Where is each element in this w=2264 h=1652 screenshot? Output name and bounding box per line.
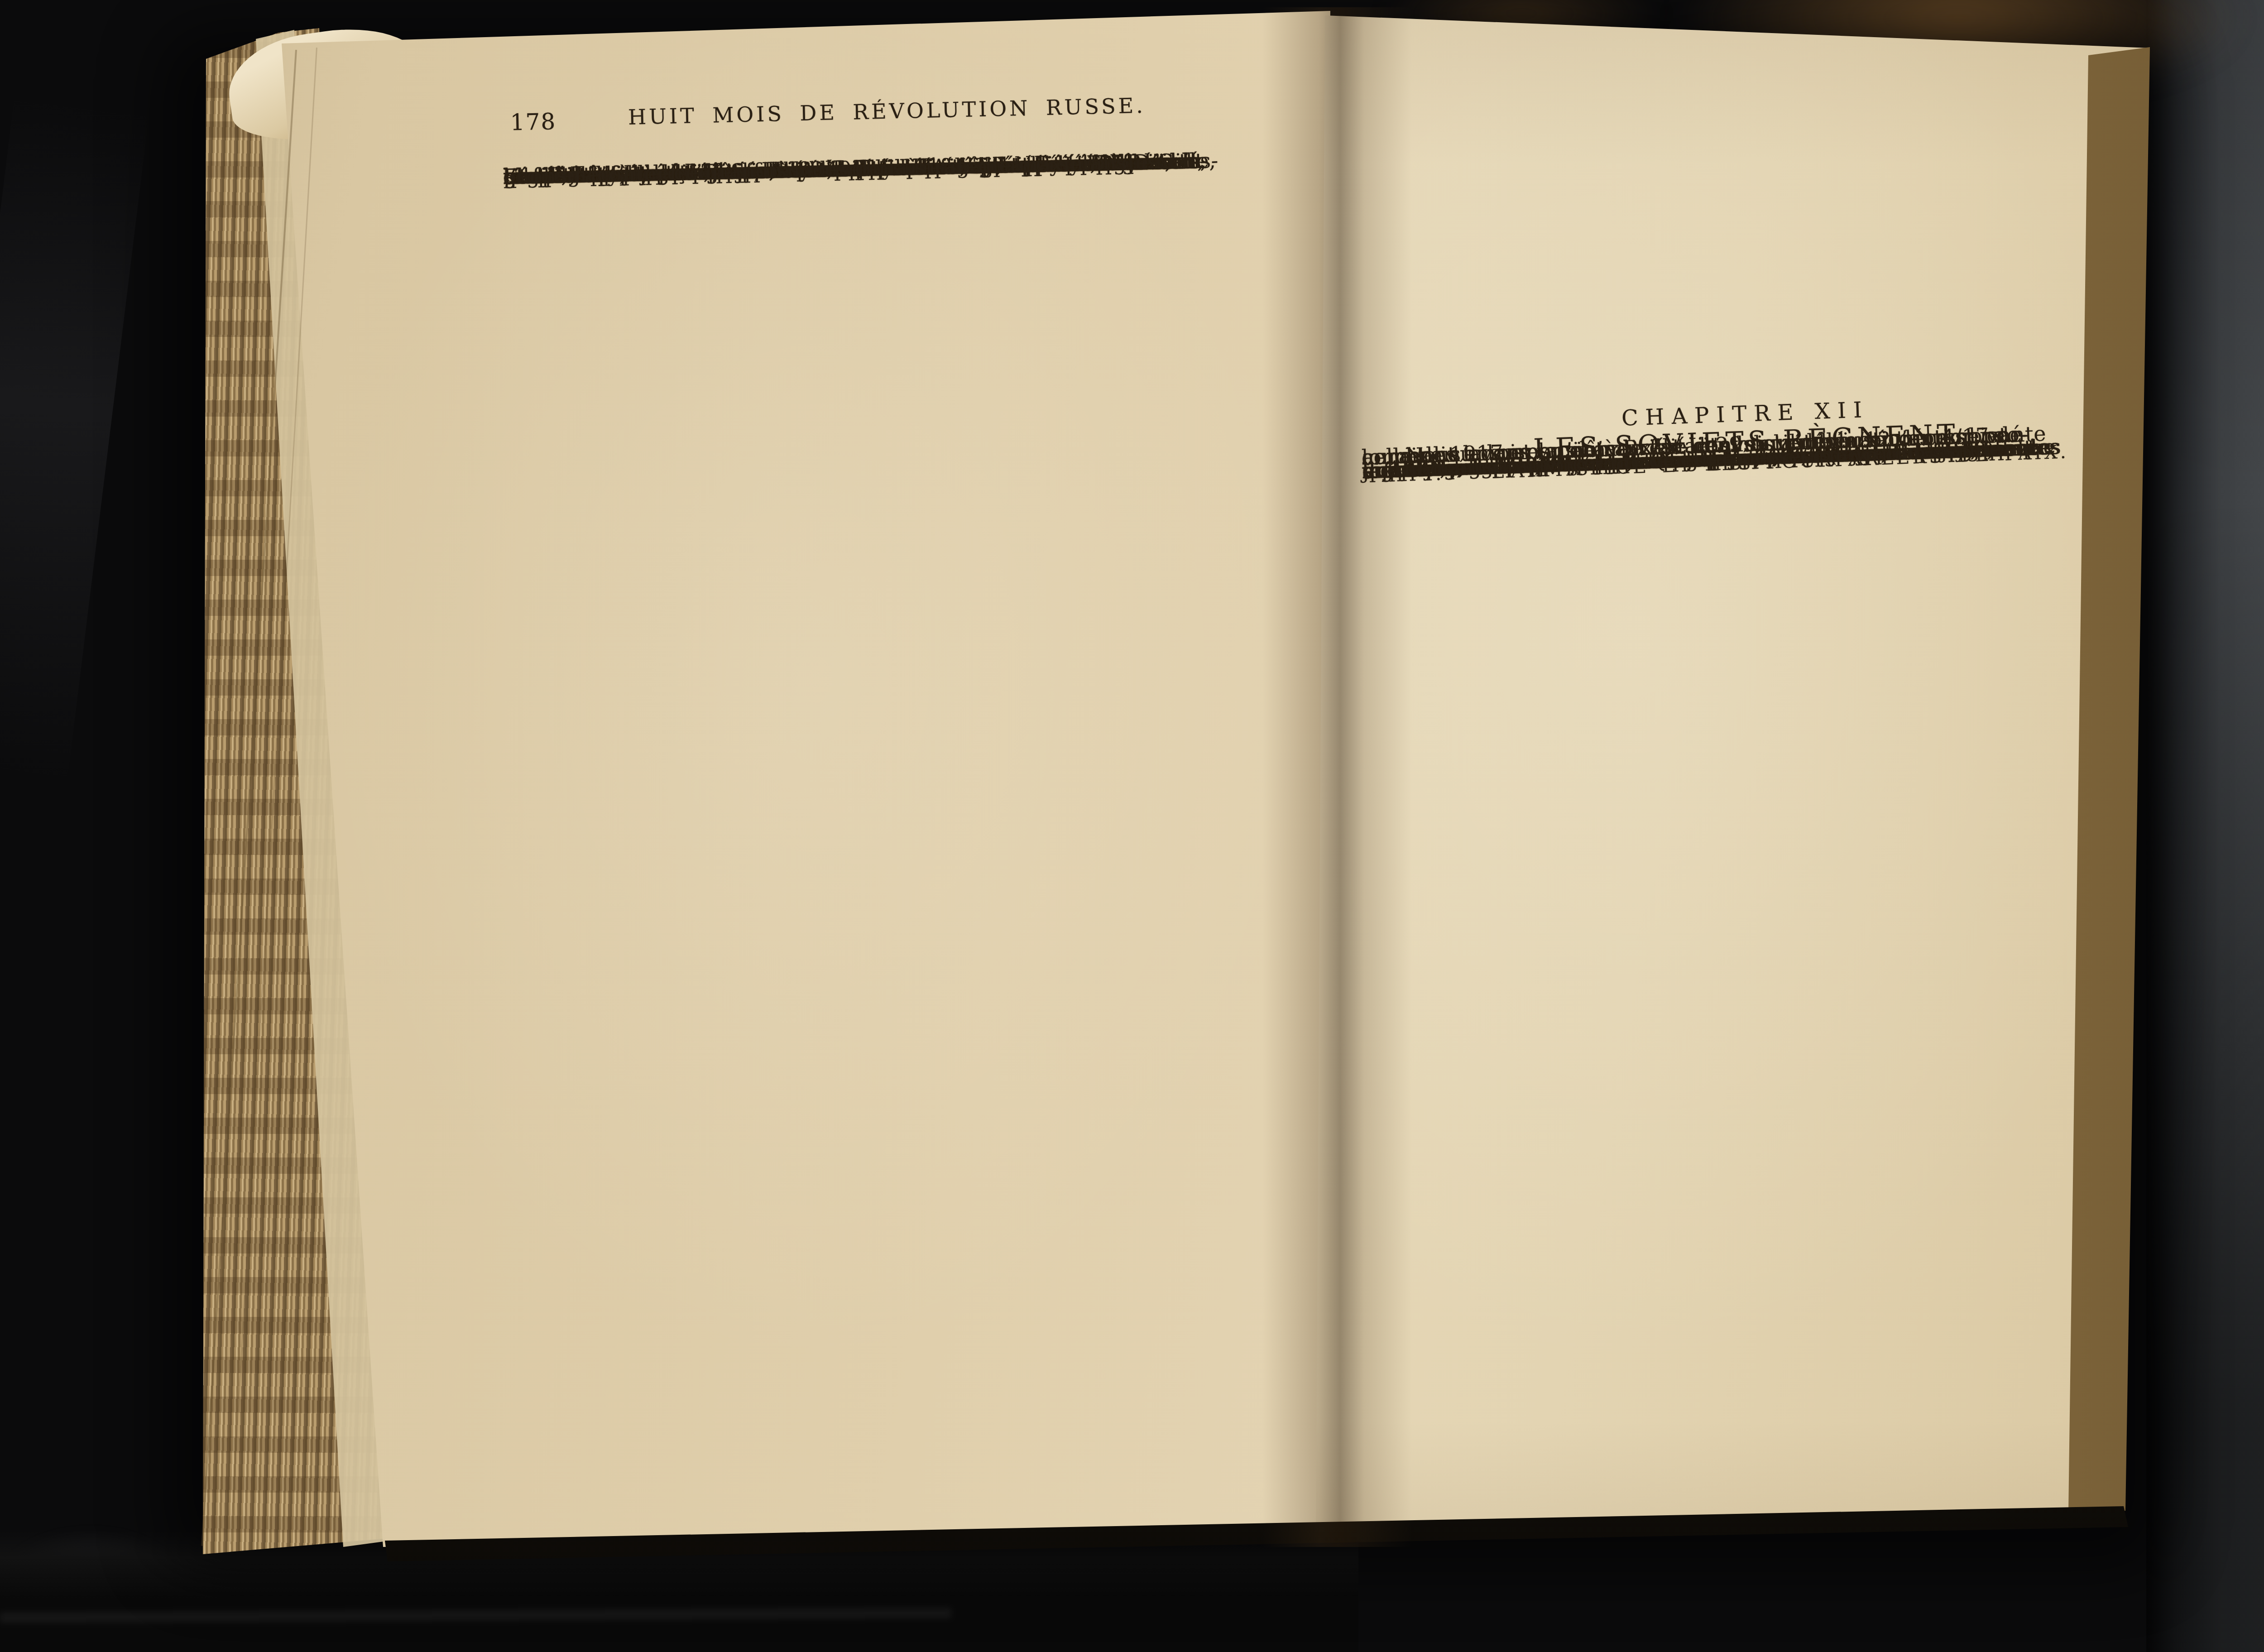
table-surface-streak <box>0 94 149 784</box>
book-gutter-shadow <box>1262 7 1412 1547</box>
photo-of-open-book: 178 HUIT MOIS DE RÉVOLUTION RUSSE. Il fa… <box>0 0 2264 1652</box>
